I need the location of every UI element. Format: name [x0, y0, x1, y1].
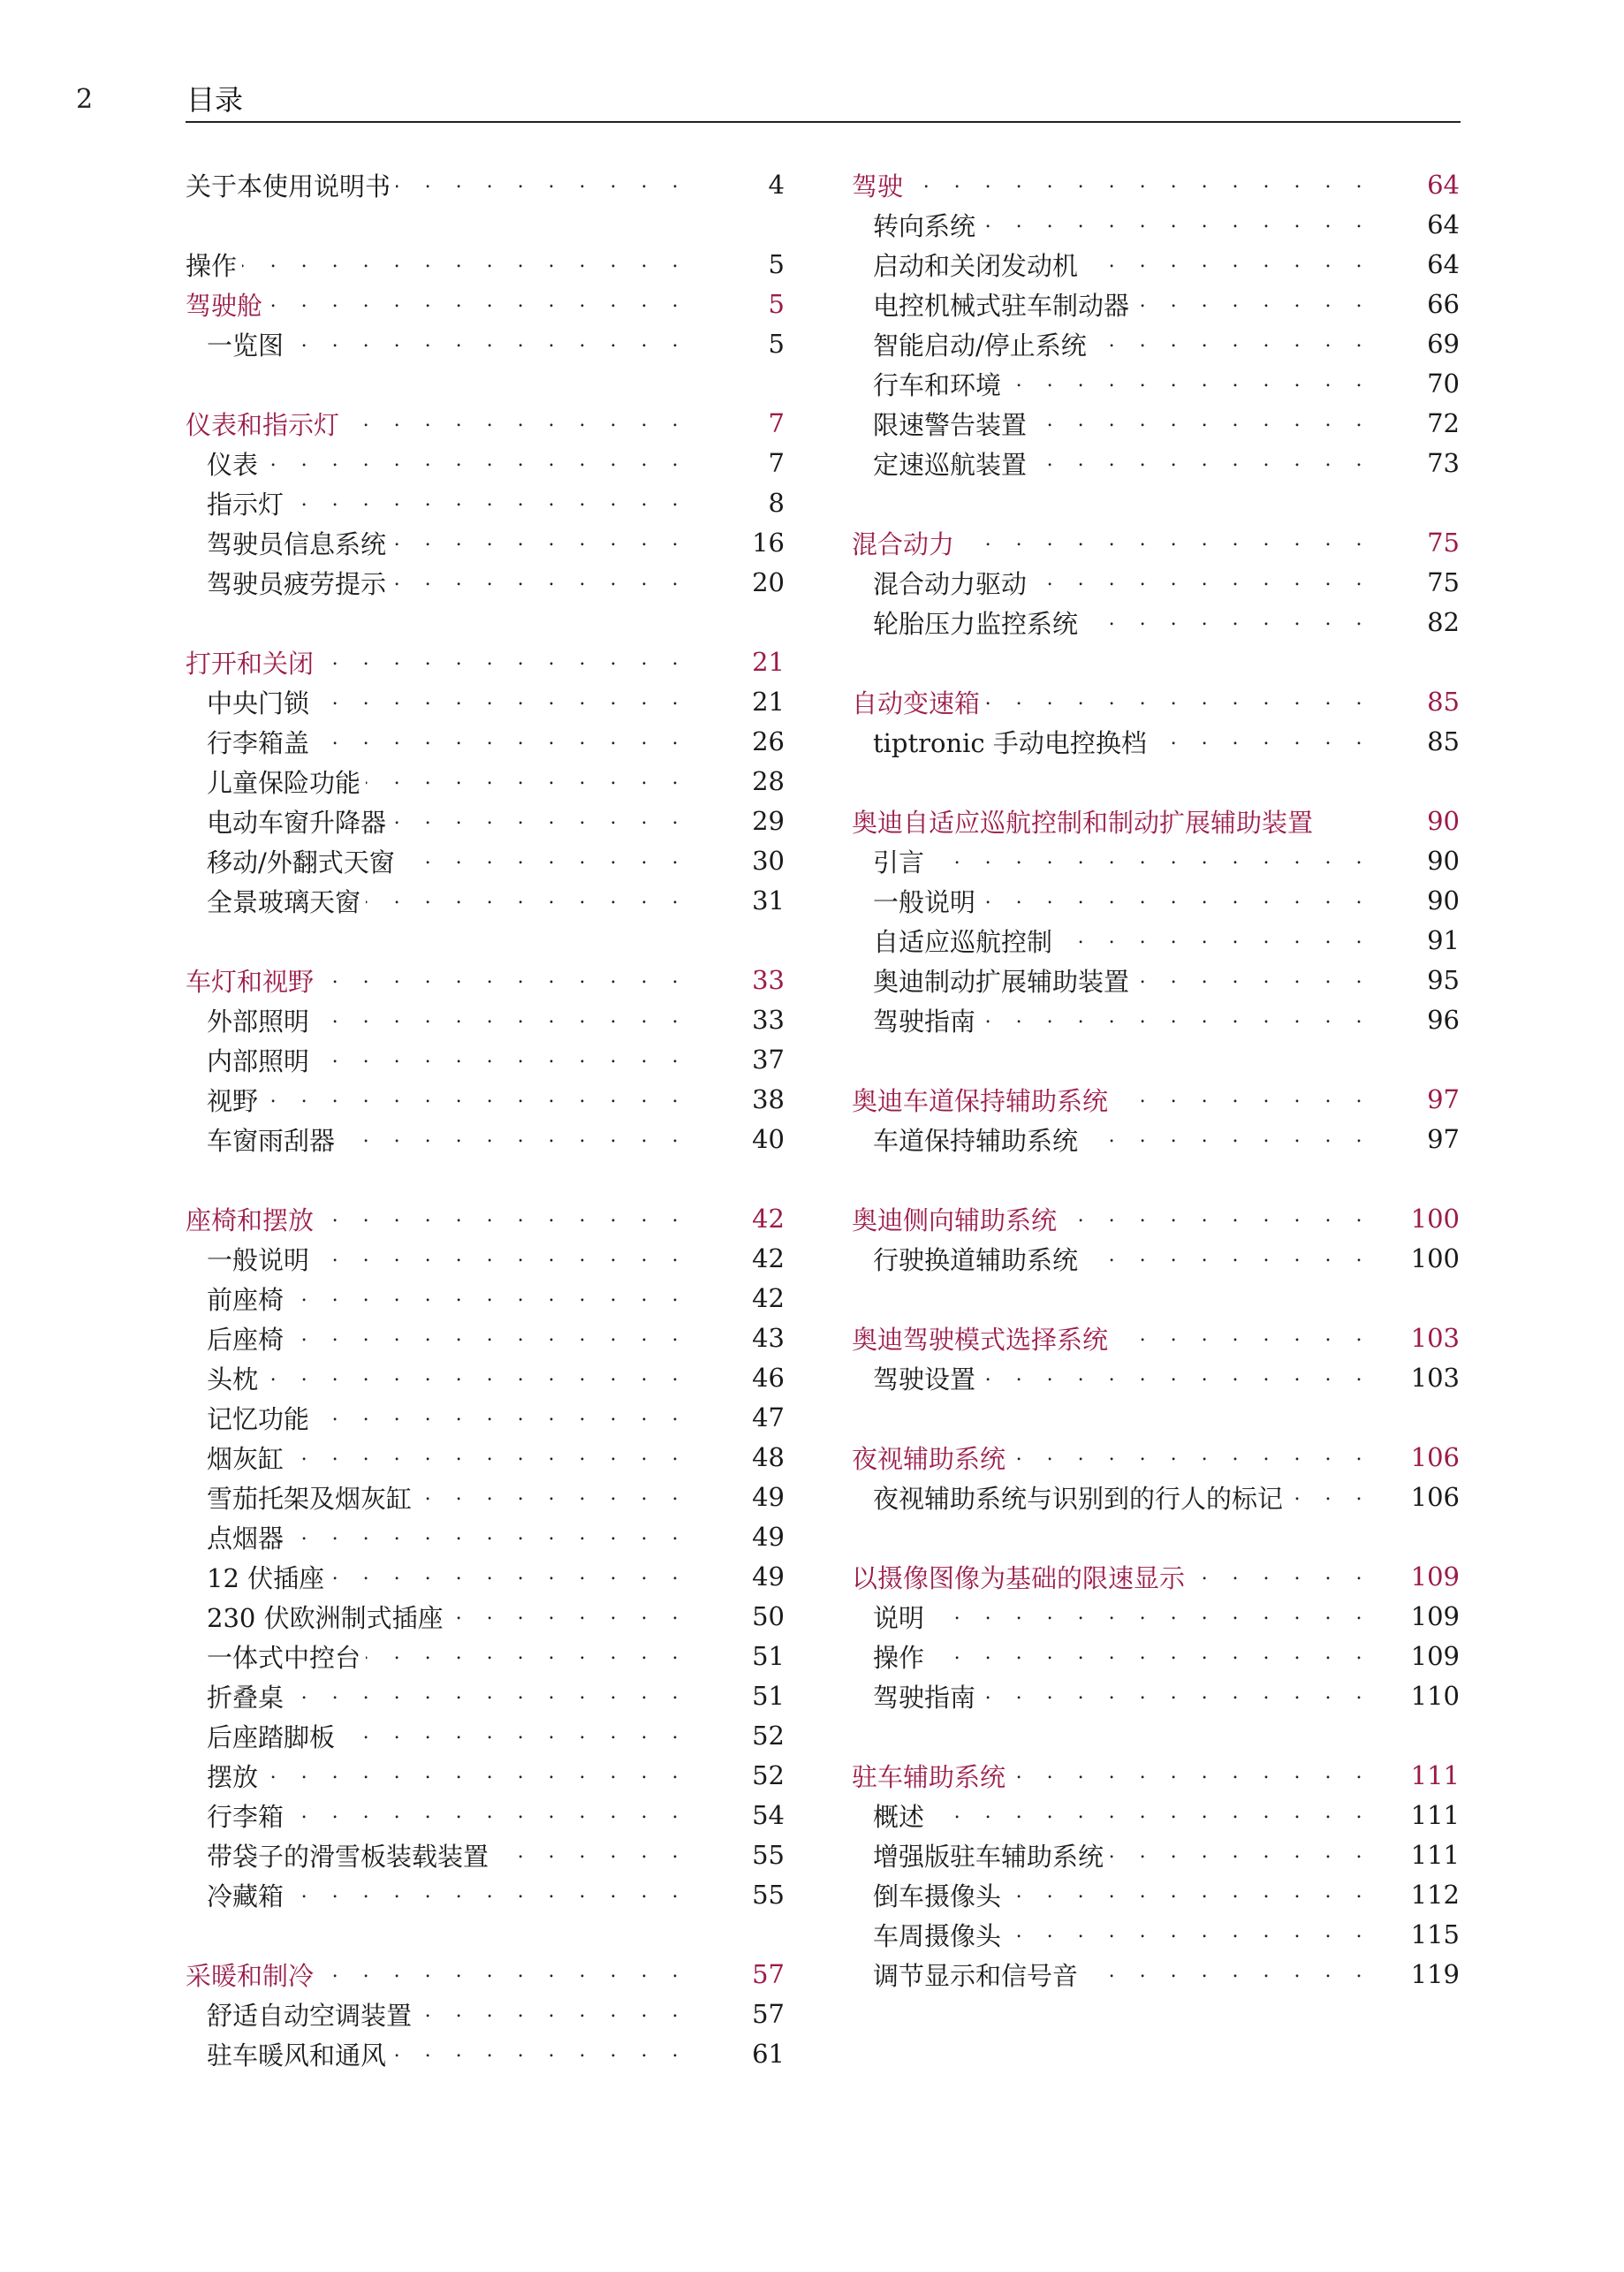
toc-page-number: 20 — [752, 563, 785, 603]
toc-subentry[interactable]: 增强版驻车辅助系统111 — [852, 1835, 1460, 1875]
dot-leader — [319, 650, 687, 676]
toc-spacer — [186, 1159, 785, 1199]
toc-entry-title: 自动变速箱 — [852, 684, 985, 720]
toc-page-number: 52 — [752, 1716, 785, 1756]
toc-entry-title: 行李箱 — [186, 1797, 289, 1834]
toc-subentry[interactable]: 雪茄托架及烟灰缸49 — [186, 1478, 785, 1517]
toc-entry-title: 230 伏欧洲制式插座 — [186, 1599, 449, 1635]
toc-chapter-entry[interactable]: 奥迪自适应巡航控制和制动扩展辅助装置90 — [852, 802, 1460, 841]
toc-entry-title: 驾驶指南 — [852, 1002, 981, 1038]
toc-page-number: 30 — [752, 841, 785, 881]
dot-leader — [930, 848, 1371, 875]
toc-entry-title: 采暖和制冷 — [186, 1957, 319, 1993]
toc-page-number: 46 — [752, 1358, 785, 1398]
toc-chapter-entry[interactable]: 奥迪侧向辅助系统100 — [852, 1199, 1460, 1239]
toc-entry-title: 一般说明 — [186, 1241, 315, 1277]
dot-leader — [449, 1604, 687, 1630]
toc-entry-title: 操作 — [186, 247, 242, 283]
toc-subentry[interactable]: 电动车窗升降器29 — [186, 802, 785, 841]
toc-page-number: 52 — [752, 1756, 785, 1796]
toc-entry-title: 移动/外翻式天窗 — [186, 843, 400, 879]
toc-chapter-entry[interactable]: 驾驶64 — [852, 165, 1460, 205]
toc-page-number: 97 — [1427, 1080, 1460, 1120]
toc-subentry[interactable]: 中央门锁21 — [186, 682, 785, 722]
toc-page-number: 57 — [752, 1955, 785, 1995]
toc-subentry[interactable]: 轮胎压力监控系统82 — [852, 603, 1460, 642]
toc-page-number: 69 — [1427, 324, 1460, 364]
toc-subentry[interactable]: 行驶换道辅助系统100 — [852, 1239, 1460, 1279]
toc-subentry[interactable]: 前座椅42 — [186, 1279, 785, 1318]
toc-entry-title: 打开和关闭 — [186, 644, 319, 680]
toc-subentry[interactable]: 仪表7 — [186, 444, 785, 483]
toc-page-number: 75 — [1427, 563, 1460, 603]
dot-leader — [315, 689, 687, 716]
toc-page-number: 51 — [752, 1676, 785, 1716]
toc-page-number: 115 — [1411, 1915, 1460, 1955]
dot-leader — [315, 1007, 687, 1034]
toc-entry-title: 驾驶指南 — [852, 1678, 981, 1714]
dot-leader — [366, 769, 687, 795]
toc-chapter-entry[interactable]: 奥迪驾驶模式选择系统103 — [852, 1318, 1460, 1358]
toc-page-number: 82 — [1427, 603, 1460, 642]
dot-leader — [1135, 292, 1371, 318]
dot-leader — [1032, 570, 1371, 596]
toc-entry-title: 折叠桌 — [186, 1678, 289, 1714]
toc-page-number: 42 — [752, 1199, 785, 1239]
toc-right-column: 驾驶64转向系统64启动和关闭发动机64电控机械式驻车制动器66智能启动/停止系… — [852, 165, 1460, 1995]
toc-entry-title: 中央门锁 — [186, 684, 315, 720]
dot-leader — [345, 411, 687, 437]
toc-spacer — [186, 603, 785, 642]
toc-subentry[interactable]: 行李箱54 — [186, 1796, 785, 1835]
toc-entry-title: 驾驶员信息系统 — [186, 525, 391, 561]
toc-entry-title: 以摄像图像为基础的限速显示 — [852, 1559, 1190, 1595]
toc-subentry[interactable]: 一般说明90 — [852, 881, 1460, 921]
dot-leader — [315, 1047, 687, 1074]
toc-entry-title: 混合动力 — [852, 525, 960, 561]
toc-subentry[interactable]: 自适应巡航控制91 — [852, 921, 1460, 961]
toc-page-number: 28 — [752, 762, 785, 802]
header-divider — [186, 121, 1461, 123]
dot-leader — [1113, 1326, 1371, 1352]
toc-subentry[interactable]: 带袋子的滑雪板装载装置55 — [186, 1835, 785, 1875]
toc-entry-title: 视野 — [186, 1082, 263, 1118]
toc-page-number: 21 — [752, 642, 785, 682]
dot-leader — [1083, 1246, 1371, 1273]
toc-page-number: 43 — [752, 1318, 785, 1358]
toc-page-number: 100 — [1411, 1239, 1460, 1279]
toc-spacer — [852, 1716, 1460, 1756]
toc-spacer — [186, 921, 785, 961]
toc-entry-title: 舒适自动空调装置 — [186, 1996, 417, 2033]
toc-page-number: 16 — [752, 523, 785, 563]
toc-subentry[interactable]: 230 伏欧洲制式插座50 — [186, 1597, 785, 1637]
toc-subentry[interactable]: 夜视辅助系统与识别到的行人的标记106 — [852, 1478, 1460, 1517]
dot-leader — [1006, 1882, 1371, 1909]
toc-subentry[interactable]: 启动和关闭发动机64 — [852, 245, 1460, 285]
toc-page-number: 33 — [752, 1000, 785, 1040]
dot-leader — [985, 689, 1371, 716]
toc-page-number: 91 — [1427, 921, 1460, 961]
toc-page-number: 49 — [752, 1557, 785, 1597]
toc-subentry[interactable]: 调节显示和信号音119 — [852, 1955, 1460, 1995]
dot-leader — [263, 1087, 687, 1113]
toc-entry-title: 说明 — [852, 1599, 930, 1635]
toc-entry-title: 一体式中控台 — [186, 1638, 366, 1675]
toc-subentry[interactable]: 智能启动/停止系统69 — [852, 324, 1460, 364]
toc-page-number: 47 — [752, 1398, 785, 1438]
dot-leader — [400, 848, 687, 875]
toc-subentry[interactable]: 记忆功能47 — [186, 1398, 785, 1438]
toc-subentry[interactable]: 驾驶指南110 — [852, 1676, 1460, 1716]
dot-leader — [263, 1365, 687, 1392]
toc-subentry[interactable]: 点烟器49 — [186, 1517, 785, 1557]
toc-subentry[interactable]: tiptronic 手动电控换档85 — [852, 722, 1460, 762]
toc-entry-title: 奥迪驾驶模式选择系统 — [852, 1320, 1113, 1356]
toc-page-number: 75 — [1427, 523, 1460, 563]
toc-page-number: 100 — [1411, 1199, 1460, 1239]
toc-subentry[interactable]: 一体式中控台51 — [186, 1637, 785, 1676]
toc-entry-title: 转向系统 — [852, 207, 981, 243]
toc-spacer — [852, 762, 1460, 802]
dot-leader — [1006, 1922, 1371, 1949]
toc-page-number: 55 — [752, 1875, 785, 1915]
toc-subentry[interactable]: 移动/外翻式天窗30 — [186, 841, 785, 881]
toc-chapter-entry[interactable]: 采暖和制冷57 — [186, 1955, 785, 1995]
toc-page-number: 7 — [769, 444, 785, 483]
toc-page-number: 85 — [1427, 722, 1460, 762]
toc-chapter-entry[interactable]: 关于本使用说明书4 — [186, 165, 785, 205]
toc-entry-title: 雪茄托架及烟灰缸 — [186, 1479, 417, 1516]
toc-subentry[interactable]: 舒适自动空调装置57 — [186, 1995, 785, 2034]
toc-page-number: 54 — [752, 1796, 785, 1835]
dot-leader — [391, 530, 687, 557]
toc-subentry[interactable]: 指示灯8 — [186, 483, 785, 523]
toc-page-number: 49 — [752, 1517, 785, 1557]
dot-leader — [1058, 928, 1371, 954]
toc-entry-title: 后座椅 — [186, 1320, 289, 1356]
toc-subentry[interactable]: 视野38 — [186, 1080, 785, 1120]
dot-leader — [391, 809, 687, 835]
toc-entry-title: 奥迪车道保持辅助系统 — [852, 1082, 1113, 1118]
toc-entry-title: 儿童保险功能 — [186, 764, 366, 800]
toc-page-number: 111 — [1411, 1796, 1460, 1835]
toc-page-number: 33 — [752, 961, 785, 1000]
toc-page-number: 5 — [769, 285, 785, 324]
dot-leader — [396, 172, 687, 199]
toc-entry-title: 奥迪侧向辅助系统 — [852, 1201, 1062, 1237]
toc-entry-title: 驻车辅助系统 — [852, 1758, 1011, 1794]
dot-leader — [1109, 1843, 1371, 1869]
toc-entry-title: 点烟器 — [186, 1519, 289, 1555]
toc-spacer — [852, 1159, 1460, 1199]
dot-leader — [263, 451, 687, 477]
toc-entry-title: 行驶换道辅助系统 — [852, 1241, 1083, 1277]
toc-page-number: 119 — [1411, 1955, 1460, 1995]
dot-leader — [1083, 1127, 1371, 1153]
dot-leader — [391, 570, 687, 596]
toc-entry-title: 定速巡航装置 — [852, 445, 1032, 482]
toc-page-number: 40 — [752, 1120, 785, 1159]
toc-entry-title: 驾驶 — [852, 167, 908, 203]
dot-leader — [366, 1644, 687, 1670]
toc-spacer — [186, 205, 785, 245]
dot-leader — [1083, 610, 1371, 636]
toc-entry-title: 关于本使用说明书 — [186, 167, 396, 203]
toc-entry-title: 行李箱盖 — [186, 724, 315, 760]
toc-page-number: 103 — [1411, 1358, 1460, 1398]
dot-leader — [289, 1882, 687, 1909]
toc-chapter-entry[interactable]: 仪表和指示灯7 — [186, 404, 785, 444]
toc-chapter-entry[interactable]: 驾驶舱5 — [186, 285, 785, 324]
toc-entry-title: 智能启动/停止系统 — [852, 326, 1092, 362]
toc-subentry[interactable]: 限速警告装置72 — [852, 404, 1460, 444]
dot-leader — [289, 1326, 687, 1352]
toc-page-number: 37 — [752, 1040, 785, 1080]
toc-entry-title: 车窗雨刮器 — [186, 1121, 340, 1158]
dot-leader — [930, 1644, 1371, 1670]
dot-leader — [960, 530, 1371, 557]
toc-entry-title: 夜视辅助系统与识别到的行人的标记 — [852, 1479, 1288, 1516]
toc-entry-title: 车灯和视野 — [186, 962, 319, 999]
dot-leader — [340, 1127, 687, 1153]
toc-page-number: 111 — [1411, 1835, 1460, 1875]
dot-leader — [315, 1246, 687, 1273]
toc-chapter-entry[interactable]: 打开和关闭21 — [186, 642, 785, 682]
toc-page-number: 57 — [752, 1995, 785, 2034]
toc-subentry[interactable]: 儿童保险功能28 — [186, 762, 785, 802]
toc-entry-title: 前座椅 — [186, 1280, 289, 1317]
dot-leader — [1083, 1962, 1371, 1988]
toc-entry-title: 仪表 — [186, 445, 263, 482]
toc-page-number: 85 — [1427, 682, 1460, 722]
dot-leader — [1032, 411, 1371, 437]
toc-subentry[interactable]: 后座踏脚板52 — [186, 1716, 785, 1756]
toc-entry-title: 内部照明 — [186, 1042, 315, 1078]
toc-entry-title: 奥迪自适应巡航控制和制动扩展辅助装置 — [852, 803, 1318, 840]
toc-subentry[interactable]: 定速巡航装置73 — [852, 444, 1460, 483]
toc-page-number: 72 — [1427, 404, 1460, 444]
toc-page-number: 51 — [752, 1637, 785, 1676]
toc-entry-title: 引言 — [852, 843, 930, 879]
dot-leader — [242, 252, 687, 278]
toc-entry-title: 行车和环境 — [852, 366, 1006, 402]
toc-chapter-entry[interactable]: 混合动力75 — [852, 523, 1460, 563]
toc-entry-title: 驻车暖风和通风 — [186, 2036, 391, 2072]
dot-leader — [1011, 1763, 1371, 1789]
dot-leader — [1006, 371, 1371, 398]
toc-subentry[interactable]: 倒车摄像头112 — [852, 1875, 1460, 1915]
toc-subentry[interactable]: 一般说明42 — [186, 1239, 785, 1279]
toc-entry-title: 记忆功能 — [186, 1400, 315, 1436]
dot-leader — [1062, 1206, 1371, 1233]
toc-entry-title: 摆放 — [186, 1758, 263, 1794]
toc-entry-title: 仪表和指示灯 — [186, 406, 345, 442]
toc-entry-title: 带袋子的滑雪板装载装置 — [186, 1837, 494, 1873]
toc-entry-title: 指示灯 — [186, 485, 289, 521]
toc-chapter-entry[interactable]: 夜视辅助系统106 — [852, 1438, 1460, 1478]
toc-subentry[interactable]: 烟灰缸48 — [186, 1438, 785, 1478]
toc-chapter-entry[interactable]: 车灯和视野33 — [186, 961, 785, 1000]
dot-leader — [417, 1485, 687, 1511]
toc-subentry[interactable]: 摆放52 — [186, 1756, 785, 1796]
toc-page-number: 90 — [1427, 802, 1460, 841]
toc-subentry[interactable]: 冷藏箱55 — [186, 1875, 785, 1915]
toc-subentry[interactable]: 后座椅43 — [186, 1318, 785, 1358]
toc-subentry[interactable]: 电控机械式驻车制动器66 — [852, 285, 1460, 324]
toc-entry-title: 驾驶舱 — [186, 286, 268, 323]
toc-entry-title: 奥迪制动扩展辅助装置 — [852, 962, 1135, 999]
toc-entry-title: 倒车摄像头 — [852, 1877, 1006, 1913]
dot-leader — [391, 2041, 687, 2068]
toc-subentry[interactable]: 说明109 — [852, 1597, 1460, 1637]
toc-entry-title: 外部照明 — [186, 1002, 315, 1038]
toc-entry-title: 一般说明 — [852, 883, 981, 919]
toc-page-number: 106 — [1411, 1478, 1460, 1517]
dot-leader — [1135, 968, 1371, 994]
toc-entry-title: 驾驶员疲劳提示 — [186, 565, 391, 601]
dot-leader — [1288, 1485, 1371, 1511]
toc-subentry[interactable]: 驾驶指南96 — [852, 1000, 1460, 1040]
dot-leader — [981, 888, 1371, 915]
toc-subentry[interactable]: 内部照明37 — [186, 1040, 785, 1080]
toc-page-number: 103 — [1411, 1318, 1460, 1358]
toc-page-number: 29 — [752, 802, 785, 841]
dot-leader — [417, 2002, 687, 2028]
toc-chapter-entry[interactable]: 操作5 — [186, 245, 785, 285]
toc-subentry[interactable]: 混合动力驱动75 — [852, 563, 1460, 603]
toc-entry-title: 夜视辅助系统 — [852, 1440, 1011, 1476]
dot-leader — [908, 172, 1371, 199]
toc-subentry[interactable]: 外部照明33 — [186, 1000, 785, 1040]
toc-page-number: 111 — [1411, 1756, 1460, 1796]
toc-page-number: 90 — [1427, 881, 1460, 921]
toc-page-number: 106 — [1411, 1438, 1460, 1478]
toc-spacer — [186, 364, 785, 404]
dot-leader — [930, 1604, 1371, 1630]
toc-entry-title: 一览图 — [186, 326, 289, 362]
dot-leader — [1032, 451, 1371, 477]
toc-page-number: 64 — [1427, 245, 1460, 285]
toc-spacer — [186, 1915, 785, 1955]
toc-page-number: 110 — [1411, 1676, 1460, 1716]
toc-subentry[interactable]: 头枕46 — [186, 1358, 785, 1398]
toc-spacer — [852, 1398, 1460, 1438]
toc-entry-title: 电动车窗升降器 — [186, 803, 391, 840]
toc-subentry[interactable]: 折叠桌51 — [186, 1676, 785, 1716]
toc-subentry[interactable]: 驾驶员信息系统16 — [186, 523, 785, 563]
dot-leader — [1152, 729, 1371, 756]
toc-entry-title: 混合动力驱动 — [852, 565, 1032, 601]
dot-leader — [319, 968, 687, 994]
toc-entry-title: 电控机械式驻车制动器 — [852, 286, 1135, 323]
toc-subentry[interactable]: 车周摄像头115 — [852, 1915, 1460, 1955]
toc-page-number: 38 — [752, 1080, 785, 1120]
toc-subentry[interactable]: 驾驶设置103 — [852, 1358, 1460, 1398]
toc-subentry[interactable]: 转向系统64 — [852, 205, 1460, 245]
toc-subentry[interactable]: 驾驶员疲劳提示20 — [186, 563, 785, 603]
toc-spacer — [852, 483, 1460, 523]
dot-leader — [315, 1405, 687, 1432]
toc-subentry[interactable]: 全景玻璃天窗31 — [186, 881, 785, 921]
dot-leader — [1011, 1445, 1371, 1471]
dot-leader — [289, 1683, 687, 1710]
toc-entry-title: 增强版驻车辅助系统 — [852, 1837, 1109, 1873]
toc-chapter-entry[interactable]: 驻车辅助系统111 — [852, 1756, 1460, 1796]
dot-leader — [981, 1365, 1371, 1392]
toc-page-number: 21 — [752, 682, 785, 722]
toc-page-number: 42 — [752, 1279, 785, 1318]
toc-page-number: 42 — [752, 1239, 785, 1279]
toc-page-number: 61 — [752, 2034, 785, 2074]
toc-page-number: 96 — [1427, 1000, 1460, 1040]
toc-entry-title: 操作 — [852, 1638, 930, 1675]
toc-entry-title: 冷藏箱 — [186, 1877, 289, 1913]
toc-entry-title: 概述 — [852, 1797, 930, 1834]
toc-spacer — [852, 1279, 1460, 1318]
toc-subentry[interactable]: 奥迪制动扩展辅助装置95 — [852, 961, 1460, 1000]
toc-page-number: 5 — [769, 324, 785, 364]
dot-leader — [366, 888, 687, 915]
dot-leader — [981, 1683, 1371, 1710]
dot-leader — [319, 1962, 687, 1988]
toc-page-number: 70 — [1427, 364, 1460, 404]
toc-entry-title: 座椅和摆放 — [186, 1201, 319, 1237]
toc-subentry[interactable]: 操作109 — [852, 1637, 1460, 1676]
toc-subentry[interactable]: 引言90 — [852, 841, 1460, 881]
toc-page-number: 109 — [1411, 1637, 1460, 1676]
toc-chapter-entry[interactable]: 以摄像图像为基础的限速显示109 — [852, 1557, 1460, 1597]
toc-chapter-entry[interactable]: 自动变速箱85 — [852, 682, 1460, 722]
toc-entry-title: 调节显示和信号音 — [852, 1957, 1083, 1993]
toc-spacer — [852, 1040, 1460, 1080]
dot-leader — [289, 1803, 687, 1829]
toc-chapter-entry[interactable]: 座椅和摆放42 — [186, 1199, 785, 1239]
toc-subentry[interactable]: 一览图5 — [186, 324, 785, 364]
dot-leader — [981, 212, 1371, 239]
toc-subentry[interactable]: 驻车暖风和通风61 — [186, 2034, 785, 2074]
toc-subentry[interactable]: 行李箱盖26 — [186, 722, 785, 762]
toc-spacer — [852, 642, 1460, 682]
toc-subentry[interactable]: 车道保持辅助系统97 — [852, 1120, 1460, 1159]
dot-leader — [289, 331, 687, 358]
dot-leader — [289, 490, 687, 517]
toc-entry-title: 头枕 — [186, 1360, 263, 1396]
toc-chapter-entry[interactable]: 奥迪车道保持辅助系统97 — [852, 1080, 1460, 1120]
dot-leader — [1113, 1087, 1371, 1113]
dot-leader — [289, 1286, 687, 1312]
toc-page-number: 8 — [769, 483, 785, 523]
toc-page-number: 109 — [1411, 1557, 1460, 1597]
dot-leader — [315, 729, 687, 756]
toc-subentry[interactable]: 概述111 — [852, 1796, 1460, 1835]
toc-entry-title: 自适应巡航控制 — [852, 923, 1058, 959]
toc-entry-title: tiptronic 手动电控换档 — [852, 724, 1152, 760]
dot-leader — [340, 1723, 687, 1750]
toc-subentry[interactable]: 行车和环境70 — [852, 364, 1460, 404]
toc-left-column: 关于本使用说明书4操作5驾驶舱5一览图5仪表和指示灯7仪表7指示灯8驾驶员信息系… — [186, 165, 785, 2074]
toc-entry-title: 轮胎压力监控系统 — [852, 604, 1083, 641]
toc-page-number: 109 — [1411, 1597, 1460, 1637]
page-title: 目录 — [186, 83, 243, 117]
toc-page-number: 4 — [769, 165, 785, 205]
toc-subentry[interactable]: 12 伏插座49 — [186, 1557, 785, 1597]
toc-entry-title: 后座踏脚板 — [186, 1718, 340, 1754]
toc-page-number: 31 — [752, 881, 785, 921]
toc-page-number: 64 — [1427, 205, 1460, 245]
toc-subentry[interactable]: 车窗雨刮器40 — [186, 1120, 785, 1159]
toc-page-number: 73 — [1427, 444, 1460, 483]
